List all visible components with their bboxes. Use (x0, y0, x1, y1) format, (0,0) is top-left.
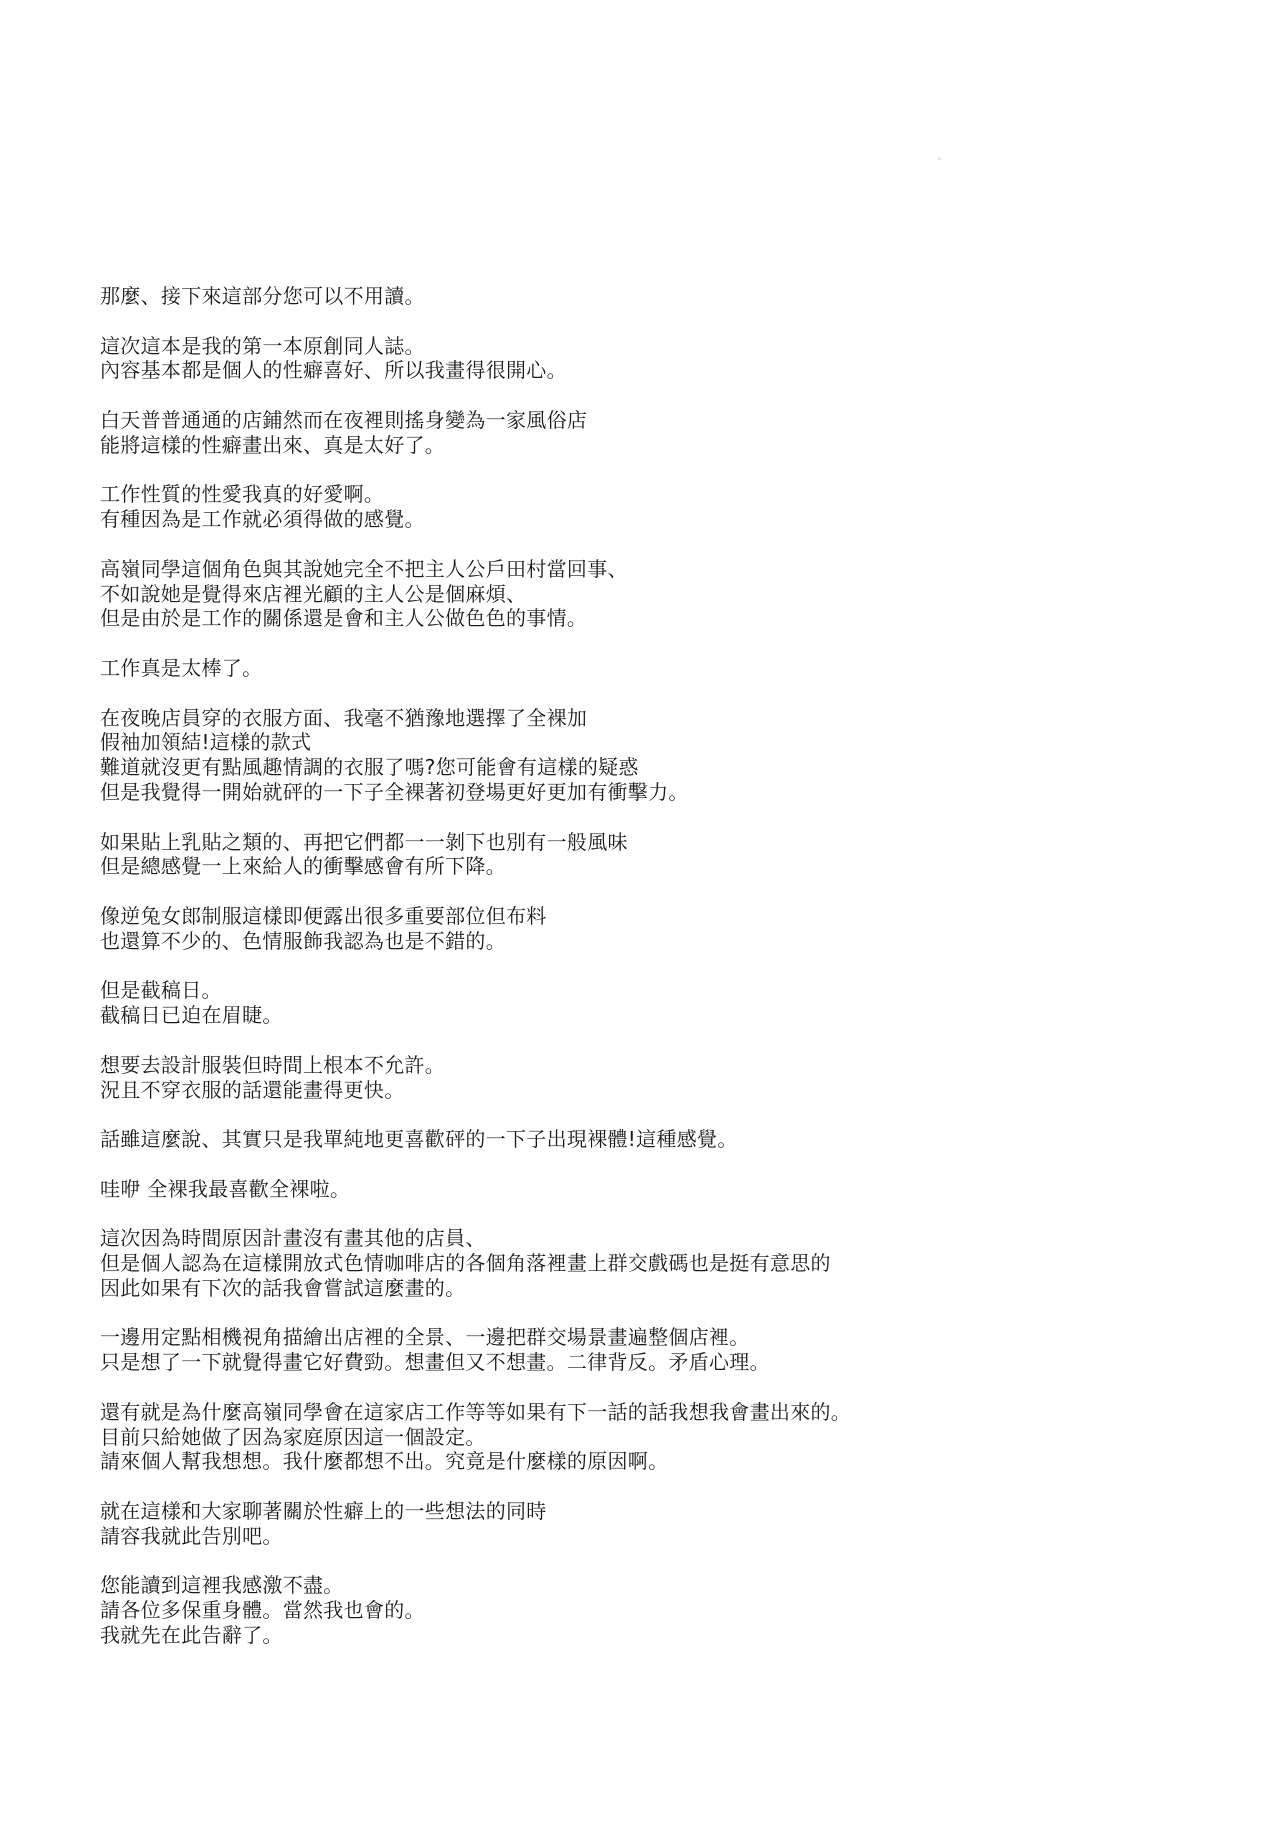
text-line: 您能讀到這裡我感激不盡。 (100, 1573, 1200, 1598)
text-line: 如果貼上乳貼之類的、再把它們都一一剝下也別有一般風味 (100, 830, 1200, 855)
text-line: 但是總感覺一上來給人的衝擊感會有所下降。 (100, 854, 1200, 879)
text-line: 話雖這麼說、其實只是我單純地更喜歡砰的一下子出現裸體!這種感覺。 (100, 1127, 1200, 1152)
text-line: 但是個人認為在這樣開放式色情咖啡店的各個角落裡畫上群交戲碼也是挺有意思的 (100, 1251, 1200, 1276)
text-line: 哇咿 全裸我最喜歡全裸啦。 (100, 1177, 1200, 1202)
text-line: 就在這樣和大家聊著關於性癖上的一些想法的同時 (100, 1499, 1200, 1524)
paragraph-9: 像逆兔女郎制服這樣即便露出很多重要部位但布料 也還算不少的、色情服飾我認為也是不… (100, 904, 1200, 954)
text-line: 假袖加領結!這樣的款式 (100, 730, 1200, 755)
text-line: 還有就是為什麼高嶺同學會在這家店工作等等如果有下一話的話我想我會畫出來的。 (100, 1400, 1200, 1425)
text-line: 請各位多保重身體。當然我也會的。 (100, 1598, 1200, 1623)
afterword-text-block: 那麼、接下來這部分您可以不用讀。 這次這本是我的第一本原創同人誌。 內容基本都是… (100, 284, 1200, 1673)
paragraph-6: 工作真是太棒了。 (100, 656, 1200, 681)
text-line: 但是截稿日。 (100, 978, 1200, 1003)
text-line: 內容基本都是個人的性癖喜好、所以我畫得很開心。 (100, 358, 1200, 383)
text-line: 能將這樣的性癖畫出來、真是太好了。 (100, 433, 1200, 458)
text-line: 這次因為時間原因計畫沒有畫其他的店員、 (100, 1226, 1200, 1251)
text-line: 一邊用定點相機視角描繪出店裡的全景、一邊把群交場景畫遍整個店裡。 (100, 1325, 1200, 1350)
paragraph-1: 那麼、接下來這部分您可以不用讀。 (100, 284, 1200, 309)
paragraph-15: 一邊用定點相機視角描繪出店裡的全景、一邊把群交場景畫遍整個店裡。 只是想了一下就… (100, 1325, 1200, 1375)
paragraph-8: 如果貼上乳貼之類的、再把它們都一一剝下也別有一般風味 但是總感覺一上來給人的衝擊… (100, 830, 1200, 880)
paragraph-12: 話雖這麼說、其實只是我單純地更喜歡砰的一下子出現裸體!這種感覺。 (100, 1127, 1200, 1152)
text-line: 工作性質的性愛我真的好愛啊。 (100, 482, 1200, 507)
text-line: 截稿日已迫在眉睫。 (100, 1003, 1200, 1028)
scan-speck (938, 157, 941, 160)
paragraph-2: 這次這本是我的第一本原創同人誌。 內容基本都是個人的性癖喜好、所以我畫得很開心。 (100, 334, 1200, 384)
text-line: 況且不穿衣服的話還能畫得更快。 (100, 1078, 1200, 1103)
text-line: 工作真是太棒了。 (100, 656, 1200, 681)
text-line: 高嶺同學這個角色與其說她完全不把主人公戶田村當回事、 (100, 557, 1200, 582)
paragraph-5: 高嶺同學這個角色與其說她完全不把主人公戶田村當回事、 不如說她是覺得來店裡光顧的… (100, 557, 1200, 631)
text-line: 像逆兔女郎制服這樣即便露出很多重要部位但布料 (100, 904, 1200, 929)
text-line: 白天普普通通的店鋪然而在夜裡則搖身變為一家風俗店 (100, 408, 1200, 433)
paragraph-7: 在夜晚店員穿的衣服方面、我毫不猶豫地選擇了全裸加 假袖加領結!這樣的款式 難道就… (100, 706, 1200, 805)
paragraph-10: 但是截稿日。 截稿日已迫在眉睫。 (100, 978, 1200, 1028)
text-line: 在夜晚店員穿的衣服方面、我毫不猶豫地選擇了全裸加 (100, 706, 1200, 731)
text-line: 請來個人幫我想想。我什麼都想不出。究竟是什麼樣的原因啊。 (100, 1449, 1200, 1474)
paragraph-17: 就在這樣和大家聊著關於性癖上的一些想法的同時 請容我就此告別吧。 (100, 1499, 1200, 1549)
text-line: 有種因為是工作就必須得做的感覺。 (100, 507, 1200, 532)
text-line: 想要去設計服裝但時間上根本不允許。 (100, 1053, 1200, 1078)
text-line: 目前只給她做了因為家庭原因這一個設定。 (100, 1425, 1200, 1450)
paragraph-3: 白天普普通通的店鋪然而在夜裡則搖身變為一家風俗店 能將這樣的性癖畫出來、真是太好… (100, 408, 1200, 458)
text-line: 只是想了一下就覺得畫它好費勁。想畫但又不想畫。二律背反。矛盾心理。 (100, 1350, 1200, 1375)
text-line: 我就先在此告辭了。 (100, 1623, 1200, 1648)
text-line: 請容我就此告別吧。 (100, 1524, 1200, 1549)
text-line: 也還算不少的、色情服飾我認為也是不錯的。 (100, 929, 1200, 954)
text-line: 不如說她是覺得來店裡光顧的主人公是個麻煩、 (100, 582, 1200, 607)
text-line: 難道就沒更有點風趣情調的衣服了嗎?您可能會有這樣的疑惑 (100, 755, 1200, 780)
text-line: 那麼、接下來這部分您可以不用讀。 (100, 284, 1200, 309)
text-line: 但是由於是工作的關係還是會和主人公做色色的事情。 (100, 606, 1200, 631)
text-line: 但是我覺得一開始就砰的一下子全裸著初登場更好更加有衝擊力。 (100, 780, 1200, 805)
paragraph-4: 工作性質的性愛我真的好愛啊。 有種因為是工作就必須得做的感覺。 (100, 482, 1200, 532)
paragraph-16: 還有就是為什麼高嶺同學會在這家店工作等等如果有下一話的話我想我會畫出來的。 目前… (100, 1400, 1200, 1474)
text-line: 因此如果有下次的話我會嘗試這麼畫的。 (100, 1276, 1200, 1301)
paragraph-18: 您能讀到這裡我感激不盡。 請各位多保重身體。當然我也會的。 我就先在此告辭了。 (100, 1573, 1200, 1647)
paragraph-13: 哇咿 全裸我最喜歡全裸啦。 (100, 1177, 1200, 1202)
paragraph-14: 這次因為時間原因計畫沒有畫其他的店員、 但是個人認為在這樣開放式色情咖啡店的各個… (100, 1226, 1200, 1300)
text-line: 這次這本是我的第一本原創同人誌。 (100, 334, 1200, 359)
paragraph-11: 想要去設計服裝但時間上根本不允許。 況且不穿衣服的話還能畫得更快。 (100, 1053, 1200, 1103)
